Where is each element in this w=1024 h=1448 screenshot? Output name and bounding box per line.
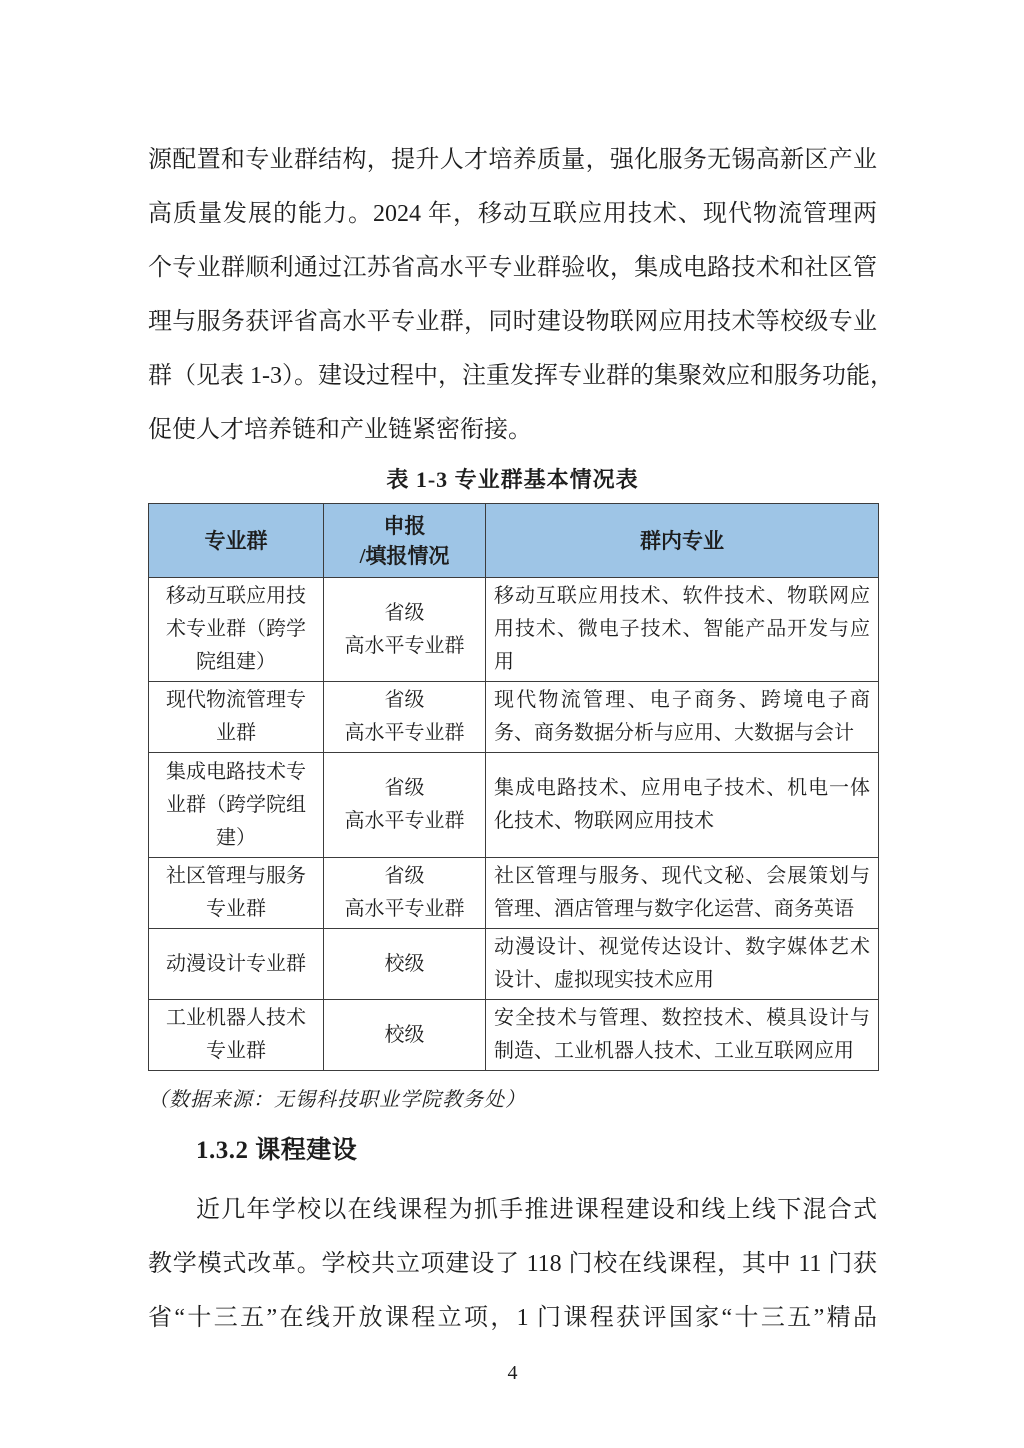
cell-majors: 集成电路技术、应用电子技术、机电一体化技术、物联网应用技术 [486,753,879,858]
header-cell-majors: 群内专业 [486,504,879,578]
text-line: 个专业群顺利通过江苏省高水平专业群验收，集成电路技术和社区管 [148,241,877,295]
table-header: 专业群 申报 /填报情况 群内专业 [149,504,879,578]
table-row: 现代物流管理专业群 省级 高水平专业群 现代物流管理、电子商务、跨境电子商务、商… [149,682,879,753]
cell-group: 集成电路技术专业群（跨学院组建） [149,753,324,858]
cell-majors: 动漫设计、视觉传达设计、数字媒体艺术设计、虚拟现实技术应用 [486,929,879,1000]
page-number: 4 [148,1361,877,1385]
cell-status: 省级 高水平专业群 [324,858,486,929]
body-paragraph-top: 源配置和专业群结构，提升人才培养质量，强化服务无锡高新区产业 高质量发展的能力。… [148,133,877,457]
cell-status: 省级 高水平专业群 [324,682,486,753]
data-source-note: （数据来源：无锡科技职业学院教务处） [148,1085,877,1115]
table-row: 工业机器人技术专业群 校级 安全技术与管理、数控技术、模具设计与制造、工业机器人… [149,1000,879,1071]
cell-status: 校级 [324,1000,486,1071]
table-row: 移动互联应用技术专业群（跨学院组建） 省级 高水平专业群 移动互联应用技术、软件… [149,578,879,682]
text-line: 省“十三五”在线开放课程立项，1 门课程获评国家“十三五”精品 [148,1291,877,1345]
document-page: 源配置和专业群结构，提升人才培养质量，强化服务无锡高新区产业 高质量发展的能力。… [0,0,1024,1448]
cell-group: 移动互联应用技术专业群（跨学院组建） [149,578,324,682]
body-paragraph-bottom: 近几年学校以在线课程为抓手推进课程建设和线上线下混合式 教学模式改革。学校共立项… [148,1183,877,1345]
cell-majors: 现代物流管理、电子商务、跨境电子商务、商务数据分析与应用、大数据与会计 [486,682,879,753]
text-line: 高质量发展的能力。2024 年，移动互联应用技术、现代物流管理两 [148,187,877,241]
text-line: 促使人才培养链和产业链紧密衔接。 [148,403,877,457]
text-line: 理与服务获评省高水平专业群，同时建设物联网应用技术等校级专业 [148,295,877,349]
cell-status: 省级 高水平专业群 [324,753,486,858]
text-line: 近几年学校以在线课程为抓手推进课程建设和线上线下混合式 [148,1183,877,1237]
table-caption: 表 1-3 专业群基本情况表 [148,457,877,503]
section-heading: 1.3.2 课程建设 [148,1131,877,1171]
cell-majors: 社区管理与服务、现代文秘、会展策划与管理、酒店管理与数字化运营、商务英语 [486,858,879,929]
cell-group: 社区管理与服务专业群 [149,858,324,929]
text-line: 教学模式改革。学校共立项建设了 118 门校在线课程，其中 11 门获 [148,1237,877,1291]
cell-status: 校级 [324,929,486,1000]
cell-majors: 安全技术与管理、数控技术、模具设计与制造、工业机器人技术、工业互联网应用 [486,1000,879,1071]
text-line: 群（见表 1-3）。建设过程中，注重发挥专业群的集聚效应和服务功能， [148,349,877,403]
table-row: 集成电路技术专业群（跨学院组建） 省级 高水平专业群 集成电路技术、应用电子技术… [149,753,879,858]
cell-status: 省级 高水平专业群 [324,578,486,682]
cell-majors: 移动互联应用技术、软件技术、物联网应用技术、微电子技术、智能产品开发与应用 [486,578,879,682]
text-line: 源配置和专业群结构，提升人才培养质量，强化服务无锡高新区产业 [148,133,877,187]
table-row: 动漫设计专业群 校级 动漫设计、视觉传达设计、数字媒体艺术设计、虚拟现实技术应用 [149,929,879,1000]
cell-group: 现代物流管理专业群 [149,682,324,753]
header-cell-group: 专业群 [149,504,324,578]
table-row: 社区管理与服务专业群 省级 高水平专业群 社区管理与服务、现代文秘、会展策划与管… [149,858,879,929]
header-cell-status: 申报 /填报情况 [324,504,486,578]
table-header-row: 专业群 申报 /填报情况 群内专业 [149,504,879,578]
cell-group: 动漫设计专业群 [149,929,324,1000]
cell-group: 工业机器人技术专业群 [149,1000,324,1071]
professional-groups-table: 专业群 申报 /填报情况 群内专业 移动互联应用技术专业群（跨学院组建） 省级 … [148,503,879,1071]
